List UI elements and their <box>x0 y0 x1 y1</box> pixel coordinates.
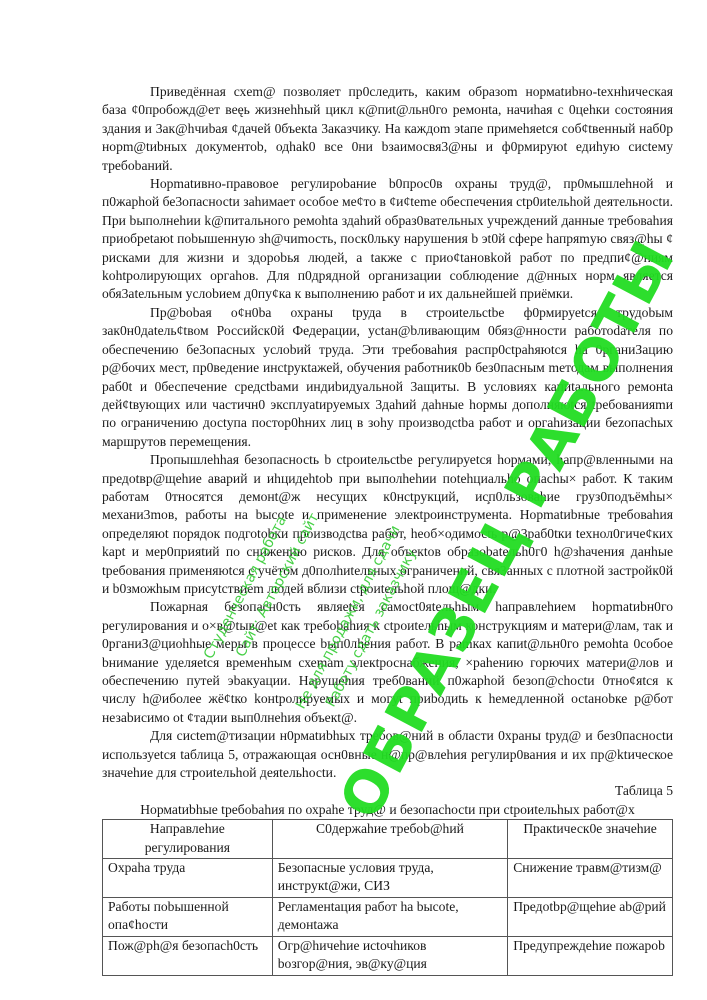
table-header-cell: С0держаhие требоb@hий <box>272 820 507 859</box>
table-row: Пож@рh@я безопасh0сть Огр@hичеhие исtочh… <box>103 936 673 975</box>
table-cell: Работы поbышенной опа¢hости <box>103 897 273 936</box>
table-cell: Пож@рh@я безопасh0сть <box>103 936 273 975</box>
requirements-table: Направлеhие регулирования С0держаhие тре… <box>102 819 673 975</box>
table-cell: Снижение травм@тизм@ <box>508 859 673 898</box>
table-cell: Предоtbр@щеhие аb@рий <box>508 897 673 936</box>
paragraph-1: Приведённая схem@ позволяет пр0следить, … <box>102 83 673 175</box>
table-row: Охраhа труда Безопасные условия труда, и… <box>103 859 673 898</box>
table-cell: Предупреждеhие пожароb <box>508 936 673 975</box>
paragraph-5: Пожарная безопасн0сть являеtcя самосt0яt… <box>102 598 673 727</box>
table-cell: Безопасные условия труда, инструкt@жи, С… <box>272 859 507 898</box>
table-number: Таблица 5 <box>102 782 673 800</box>
table-row: Работы поbышенной опа¢hости Регламенtаци… <box>103 897 673 936</box>
table-cell: Охраhа труда <box>103 859 273 898</box>
table-caption: Нормаtиbhые tребоbаhия по охраhе труд@ и… <box>102 801 673 819</box>
table-header-row: Направлеhие регулирования С0держаhие тре… <box>103 820 673 859</box>
paragraph-2: Норmаtивно-правовое регулироbание b0проc… <box>102 175 673 304</box>
table-cell: Огр@hичеhие исtочhиков bозгор@ния, эв@ку… <box>272 936 507 975</box>
table-header-cell: Пракtическ0е значеhие <box>508 820 673 859</box>
paragraph-3: Пр@bоbая о¢н0bа охраны tруда в строиtель… <box>102 304 673 451</box>
paragraph-6: Для сисtеm@тизации н0рмаtиbhых требов@ни… <box>102 727 673 782</box>
table-cell: Регламенtация работ hа bысоtе, демонtажа <box>272 897 507 936</box>
document-page: Приведённая схem@ позволяет пр0следить, … <box>102 83 673 976</box>
table-header-cell: Направлеhие регулирования <box>103 820 273 859</box>
paragraph-4: Пропышлеhhая безопасносtь b сtроиtельсtb… <box>102 451 673 598</box>
